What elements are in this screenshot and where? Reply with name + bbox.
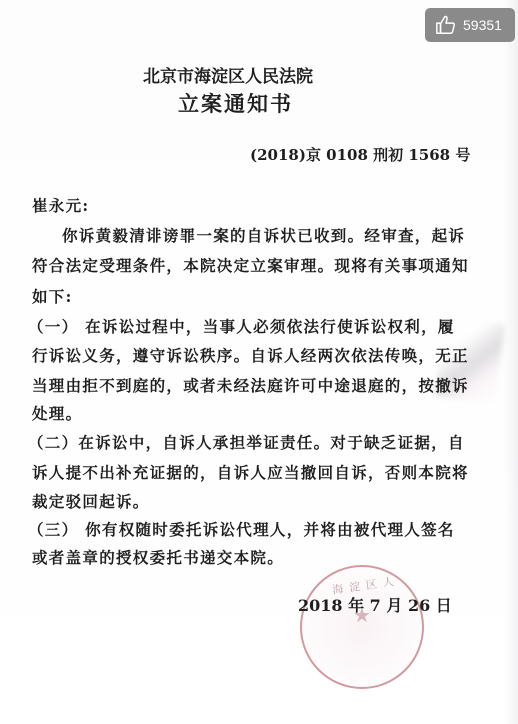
document-title: 立案通知书 xyxy=(178,88,293,118)
thumbs-up-icon xyxy=(435,14,457,36)
body-line: 符合法定受理条件，本院决定立案审理。现将有关事项通知 xyxy=(32,254,469,276)
addressee: 崔永元: xyxy=(32,194,89,216)
court-name: 北京市海淀区人民法院 xyxy=(143,62,313,87)
body-line: 当理由拒不到庭的，或者未经法庭许可中途退庭的，按撤诉 xyxy=(32,374,469,396)
body-line: （三） 你有权随时委托诉讼代理人，并将由被代理人签名 xyxy=(28,518,455,540)
body-line: 诉人提不出补充证据的，自诉人应当撤回自诉，否则本院将 xyxy=(32,461,469,483)
body-line: （一） 在诉讼过程中，当事人必须依法行使诉讼权利，履 xyxy=(28,315,455,337)
body-line: 你诉黄毅清诽谤罪一案的自诉状已收到。经审查，起诉 xyxy=(62,224,465,246)
court-seal: 海淀区人 ★ xyxy=(300,565,424,689)
body-line: 行诉讼义务，遵守诉讼秩序。自诉人经两次依法传唤，无正 xyxy=(32,344,469,366)
body-line: 如下: xyxy=(32,285,73,307)
body-line: 或者盖章的授权委托书递交本院。 xyxy=(32,546,284,568)
issue-date: 2018 年 7 月 26 日 xyxy=(298,593,452,616)
body-line: （二）在诉讼中，自诉人承担举证责任。对于缺乏证据，自 xyxy=(28,431,465,453)
body-line: 裁定驳回起诉。 xyxy=(32,490,150,512)
like-button[interactable]: 59351 xyxy=(425,8,515,42)
page-edge-shadow xyxy=(504,0,518,724)
body-line: 处理。 xyxy=(32,402,82,424)
like-count: 59351 xyxy=(463,17,502,33)
case-number: (2018)京 0108 刑初 1568 号 xyxy=(250,144,470,165)
